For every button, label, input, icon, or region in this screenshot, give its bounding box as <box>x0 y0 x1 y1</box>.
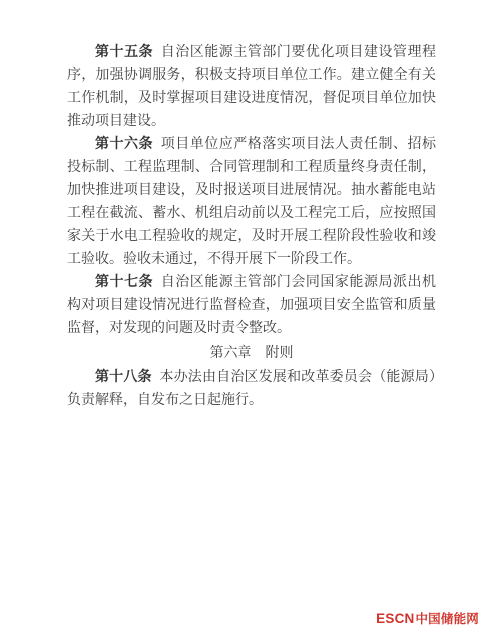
article-16-text: 项目单位应严格落实项目法人责任制、招标投标制、工程监理制、合同管理制和工程质量终… <box>67 135 436 266</box>
escn-logo-cjk-text: 中国储能网 <box>415 612 479 626</box>
escn-logo-latin-text: ESCN <box>376 611 414 626</box>
document-content: 第十五条自治区能源主管部门要优化项目建设管理程序，加强协调服务，积极支持项目单位… <box>67 40 436 411</box>
article-16-paragraph: 第十六条项目单位应严格落实项目法人责任制、招标投标制、工程监理制、合同管理制和工… <box>67 132 436 270</box>
escn-watermark-logo: ESCN中国储能网 <box>376 609 479 627</box>
article-18-term: 第十八条 <box>95 368 152 384</box>
chapter-heading: 第六章 附则 <box>67 341 436 364</box>
article-16-term: 第十六条 <box>95 135 153 151</box>
article-17-paragraph: 第十七条自治区能源主管部门会同国家能源局派出机构对项目建设情况进行监督检查，加强… <box>67 270 436 339</box>
article-15-paragraph: 第十五条自治区能源主管部门要优化项目建设管理程序，加强协调服务，积极支持项目单位… <box>67 40 436 132</box>
article-17-term: 第十七条 <box>95 273 153 289</box>
document-page: 第十五条自治区能源主管部门要优化项目建设管理程序，加强协调服务，积极支持项目单位… <box>0 0 500 639</box>
article-18-paragraph: 第十八条本办法由自治区发展和改革委员会（能源局）负责解释，自发布之日起施行。 <box>67 365 436 411</box>
article-15-term: 第十五条 <box>95 43 153 59</box>
